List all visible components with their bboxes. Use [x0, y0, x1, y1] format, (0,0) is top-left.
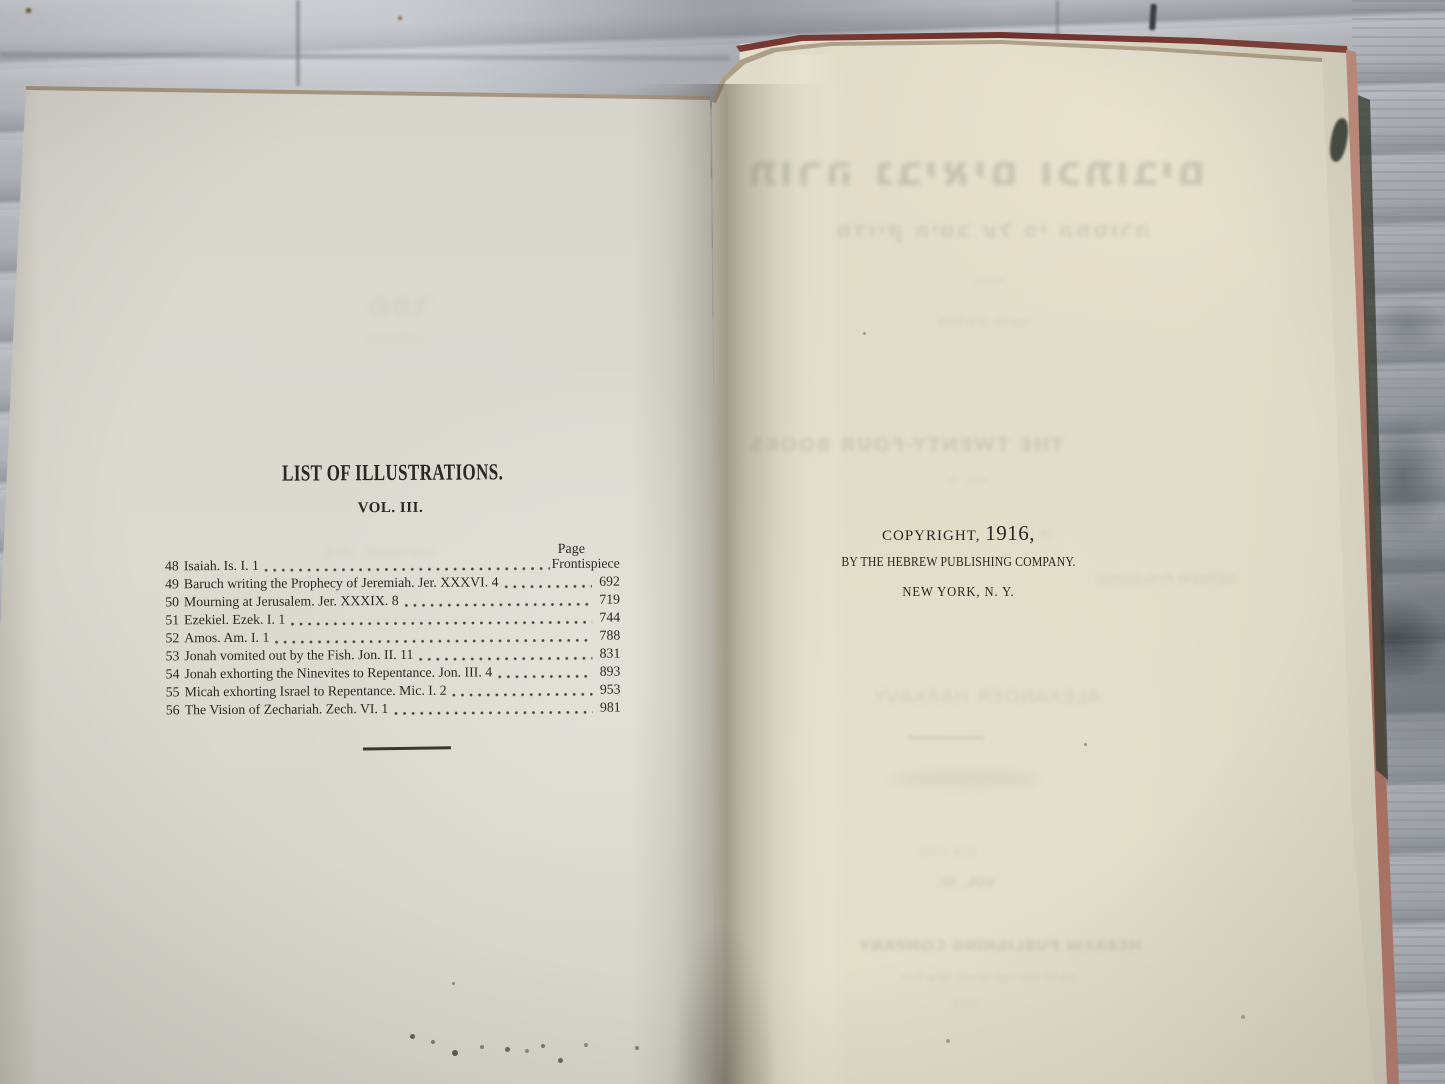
book-photo: ספרהקדמהCOPYRIGHT, 1916,תורה נביאים וכתו… — [0, 0, 1445, 1084]
photo-vignette — [0, 0, 1445, 1084]
